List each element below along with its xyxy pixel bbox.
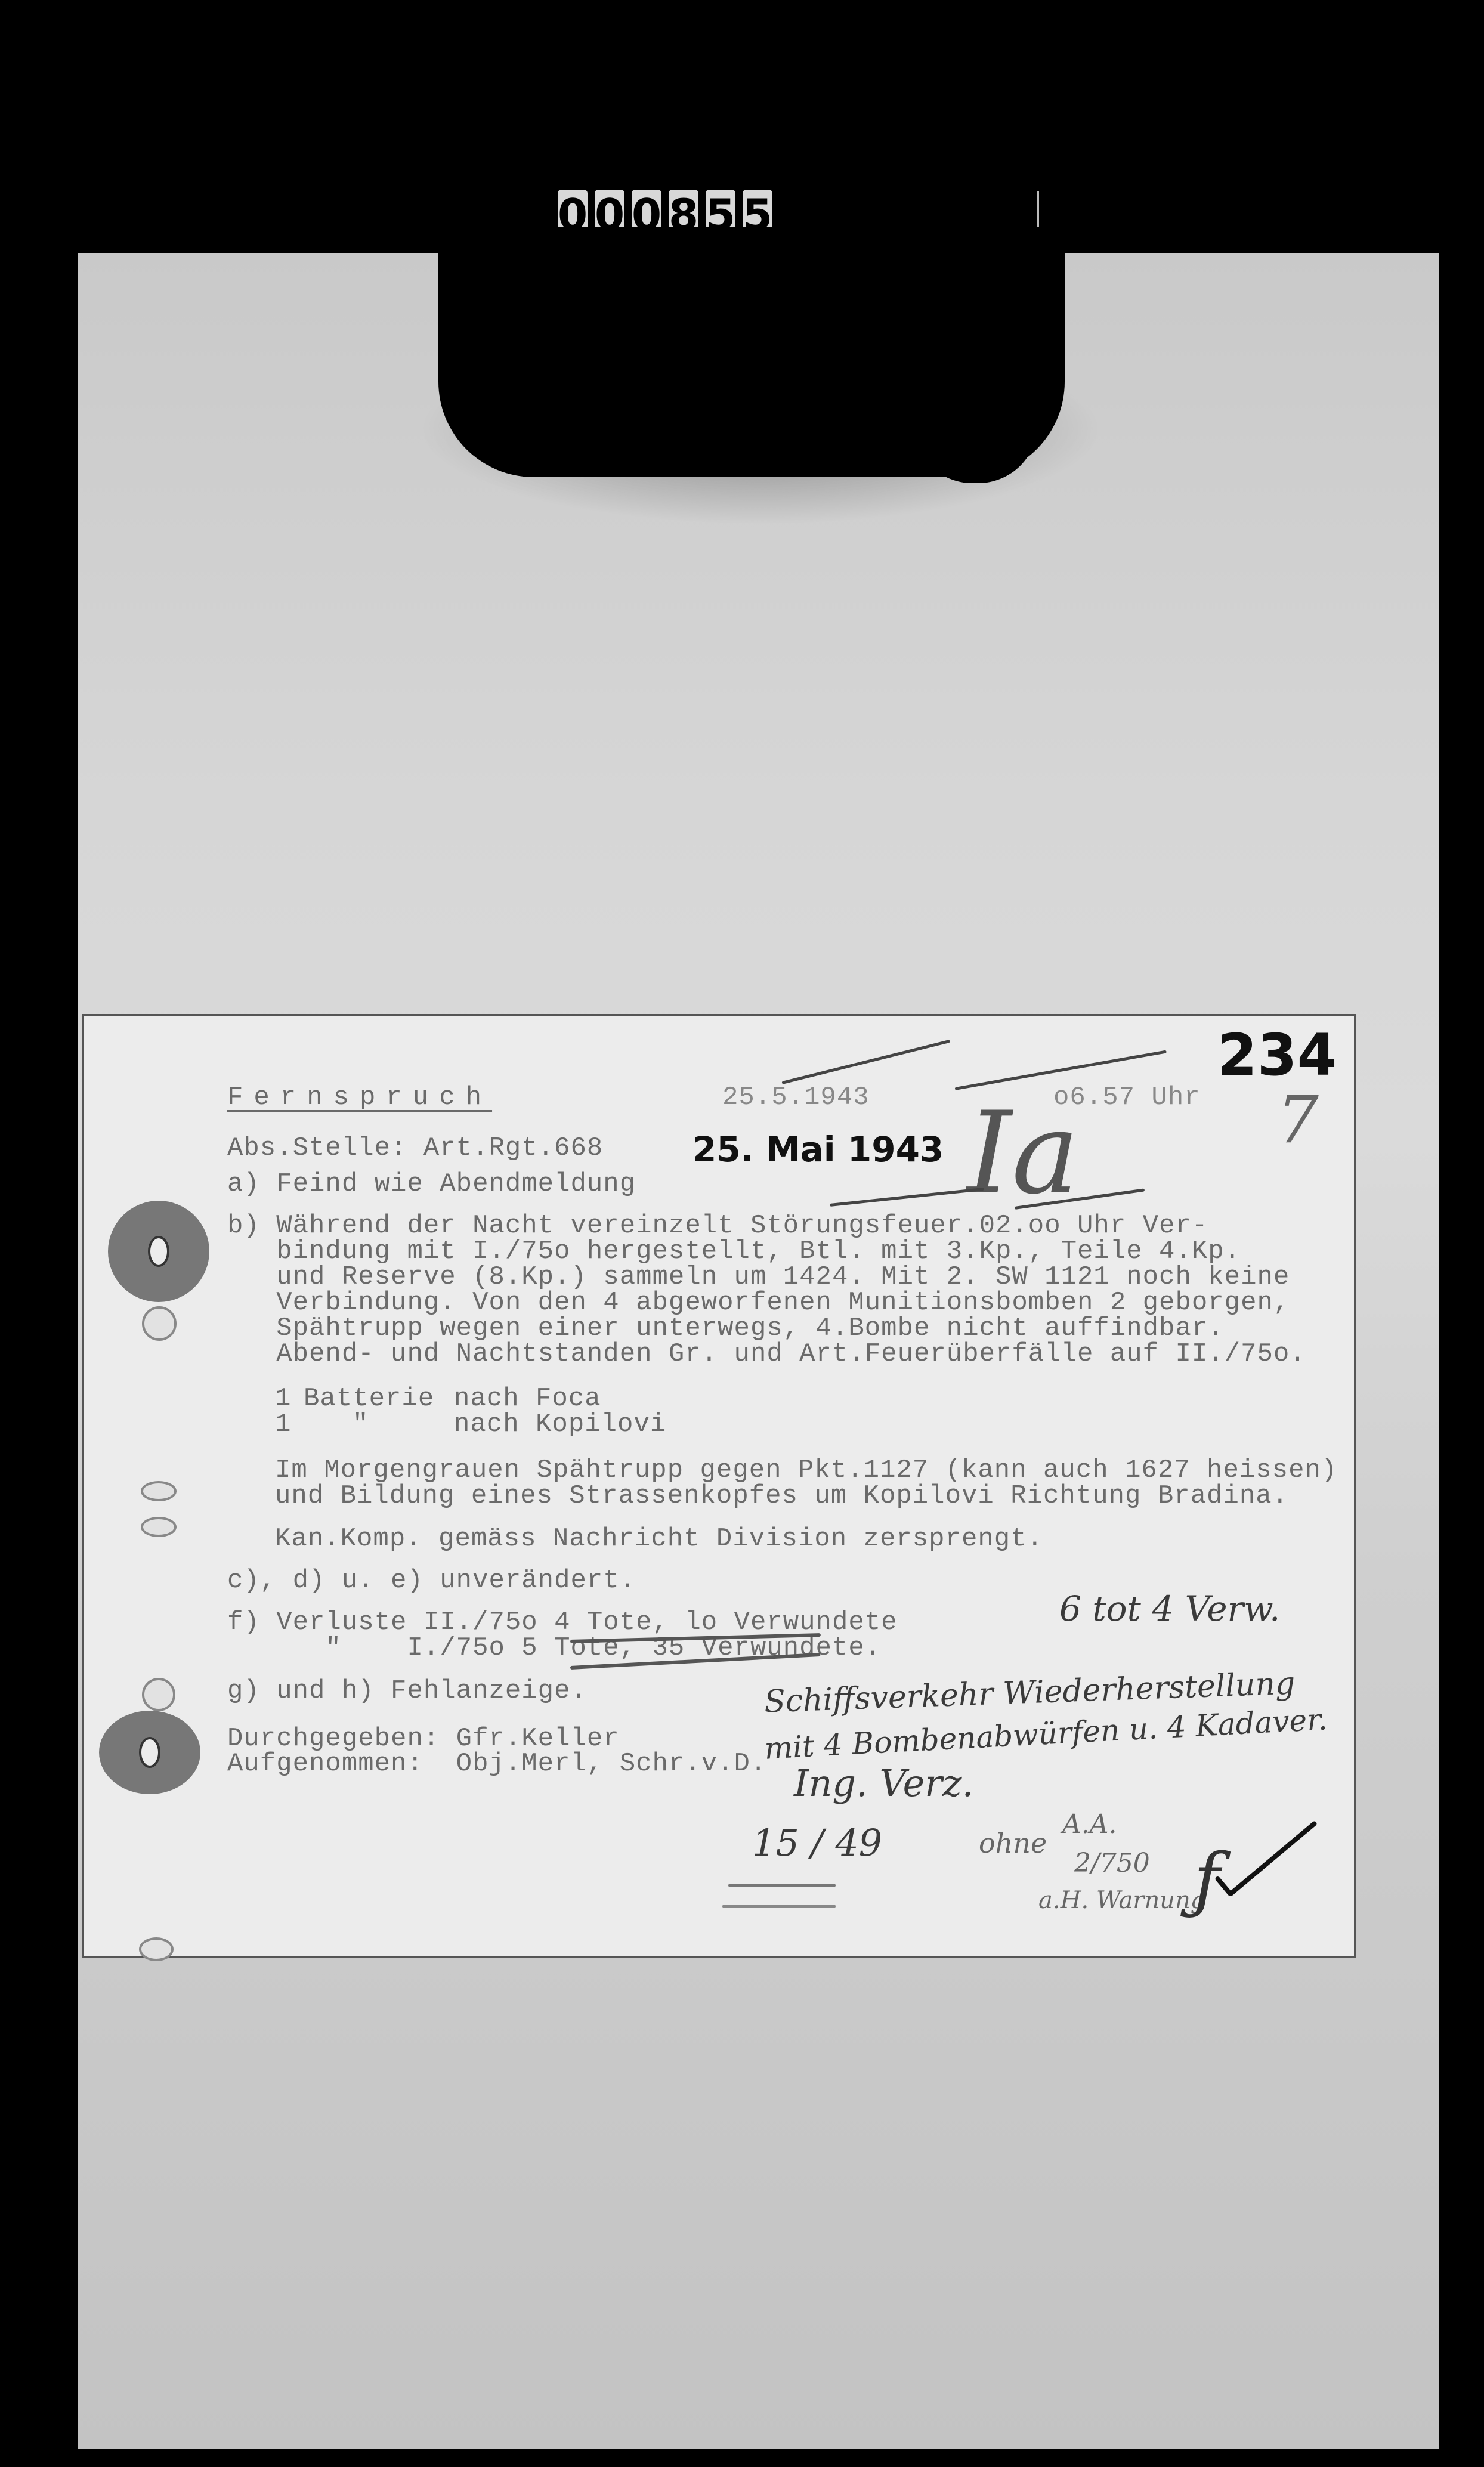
section-a: a) Feind wie Abendmeldung [227,1171,636,1197]
handwritten-unit-ref: 2/750 [1074,1848,1150,1878]
handwritten-mark: 7 [1277,1081,1319,1158]
received-by: Aufgenommen: Obj.Merl, Schr.v.D. [227,1751,766,1777]
battery-unit: Batterie [304,1386,434,1412]
checkmark-icon [1228,1820,1318,1897]
morning-line: Im Morgengrauen Spähtrupp gegen Pkt.1127… [275,1457,1337,1483]
pen-stroke [781,1040,950,1084]
transmitted-by: Durchgegeben: Gfr.Keller [227,1726,620,1752]
section-f-line1: f) Verluste II./75o 4 Tote, lo Verwundet… [227,1609,898,1636]
section-cde: c), d) u. e) unverändert. [227,1568,636,1594]
kan-komp-line: Kan.Komp. gemäss Nachricht Division zers… [275,1526,1043,1552]
pen-stroke [830,1188,984,1207]
battery-destination: nach Kopilovi [454,1411,666,1437]
punch-hole [139,1937,174,1961]
punch-hole-reinforced [108,1201,209,1302]
section-gh: g) und h) Fehlanzeige. [227,1678,587,1704]
document-title: Fernspruch [227,1084,492,1111]
reference-underline [728,1884,836,1887]
punch-hole [141,1517,177,1537]
section-b-line: und Reserve (8.Kp.) sammeln um 1424. Mit… [227,1264,1290,1290]
section-b-line: Verbindung. Von den 4 abgeworfenen Munit… [227,1290,1290,1316]
handwritten-reference-number: 15 / 49 [752,1821,882,1865]
handwritten-casualty-total: 6 tot 4 Verw. [1059,1588,1280,1629]
handwritten-aa: A.A. [1062,1809,1117,1840]
section-b-line: Abend- und Nachtstanden Gr. und Art.Feue… [227,1341,1306,1367]
message-card: 234 Fernspruch 25.5.1943 o6.57 Uhr 25. M… [82,1014,1356,1958]
punch-hole-reinforced [99,1711,200,1794]
handwritten-note-line: Ing. Verz. [794,1761,973,1805]
typed-date: 25.5.1943 [722,1084,870,1111]
punch-hole [142,1306,177,1341]
morning-line: und Bildung eines Strassenkopfes um Kopi… [275,1483,1288,1509]
battery-destination: nach Foca [454,1386,601,1412]
reference-underline [722,1905,836,1908]
date-stamp: 25. Mai 1943 [692,1129,944,1170]
section-b-line: Spähtrupp wegen einer unterwegs, 4.Bombe… [227,1315,1225,1341]
section-b-line: bindung mit I./75o hergestellt, Btl. mit… [227,1238,1241,1265]
section-b-line: b) Während der Nacht vereinzelt Störungs… [227,1213,1208,1239]
sender-line: Abs.Stelle: Art.Rgt.668 [227,1135,603,1161]
battery-count: 1 [275,1411,291,1437]
punch-hole [142,1678,175,1711]
handwritten-addressee: a.H. Warnung [1038,1887,1205,1914]
punch-hole [141,1481,177,1501]
battery-unit: " [353,1411,369,1437]
handwritten-ohne: ohne [979,1827,1047,1859]
battery-count: 1 [275,1386,291,1412]
page-number-stamp: 234 [1217,1022,1337,1089]
